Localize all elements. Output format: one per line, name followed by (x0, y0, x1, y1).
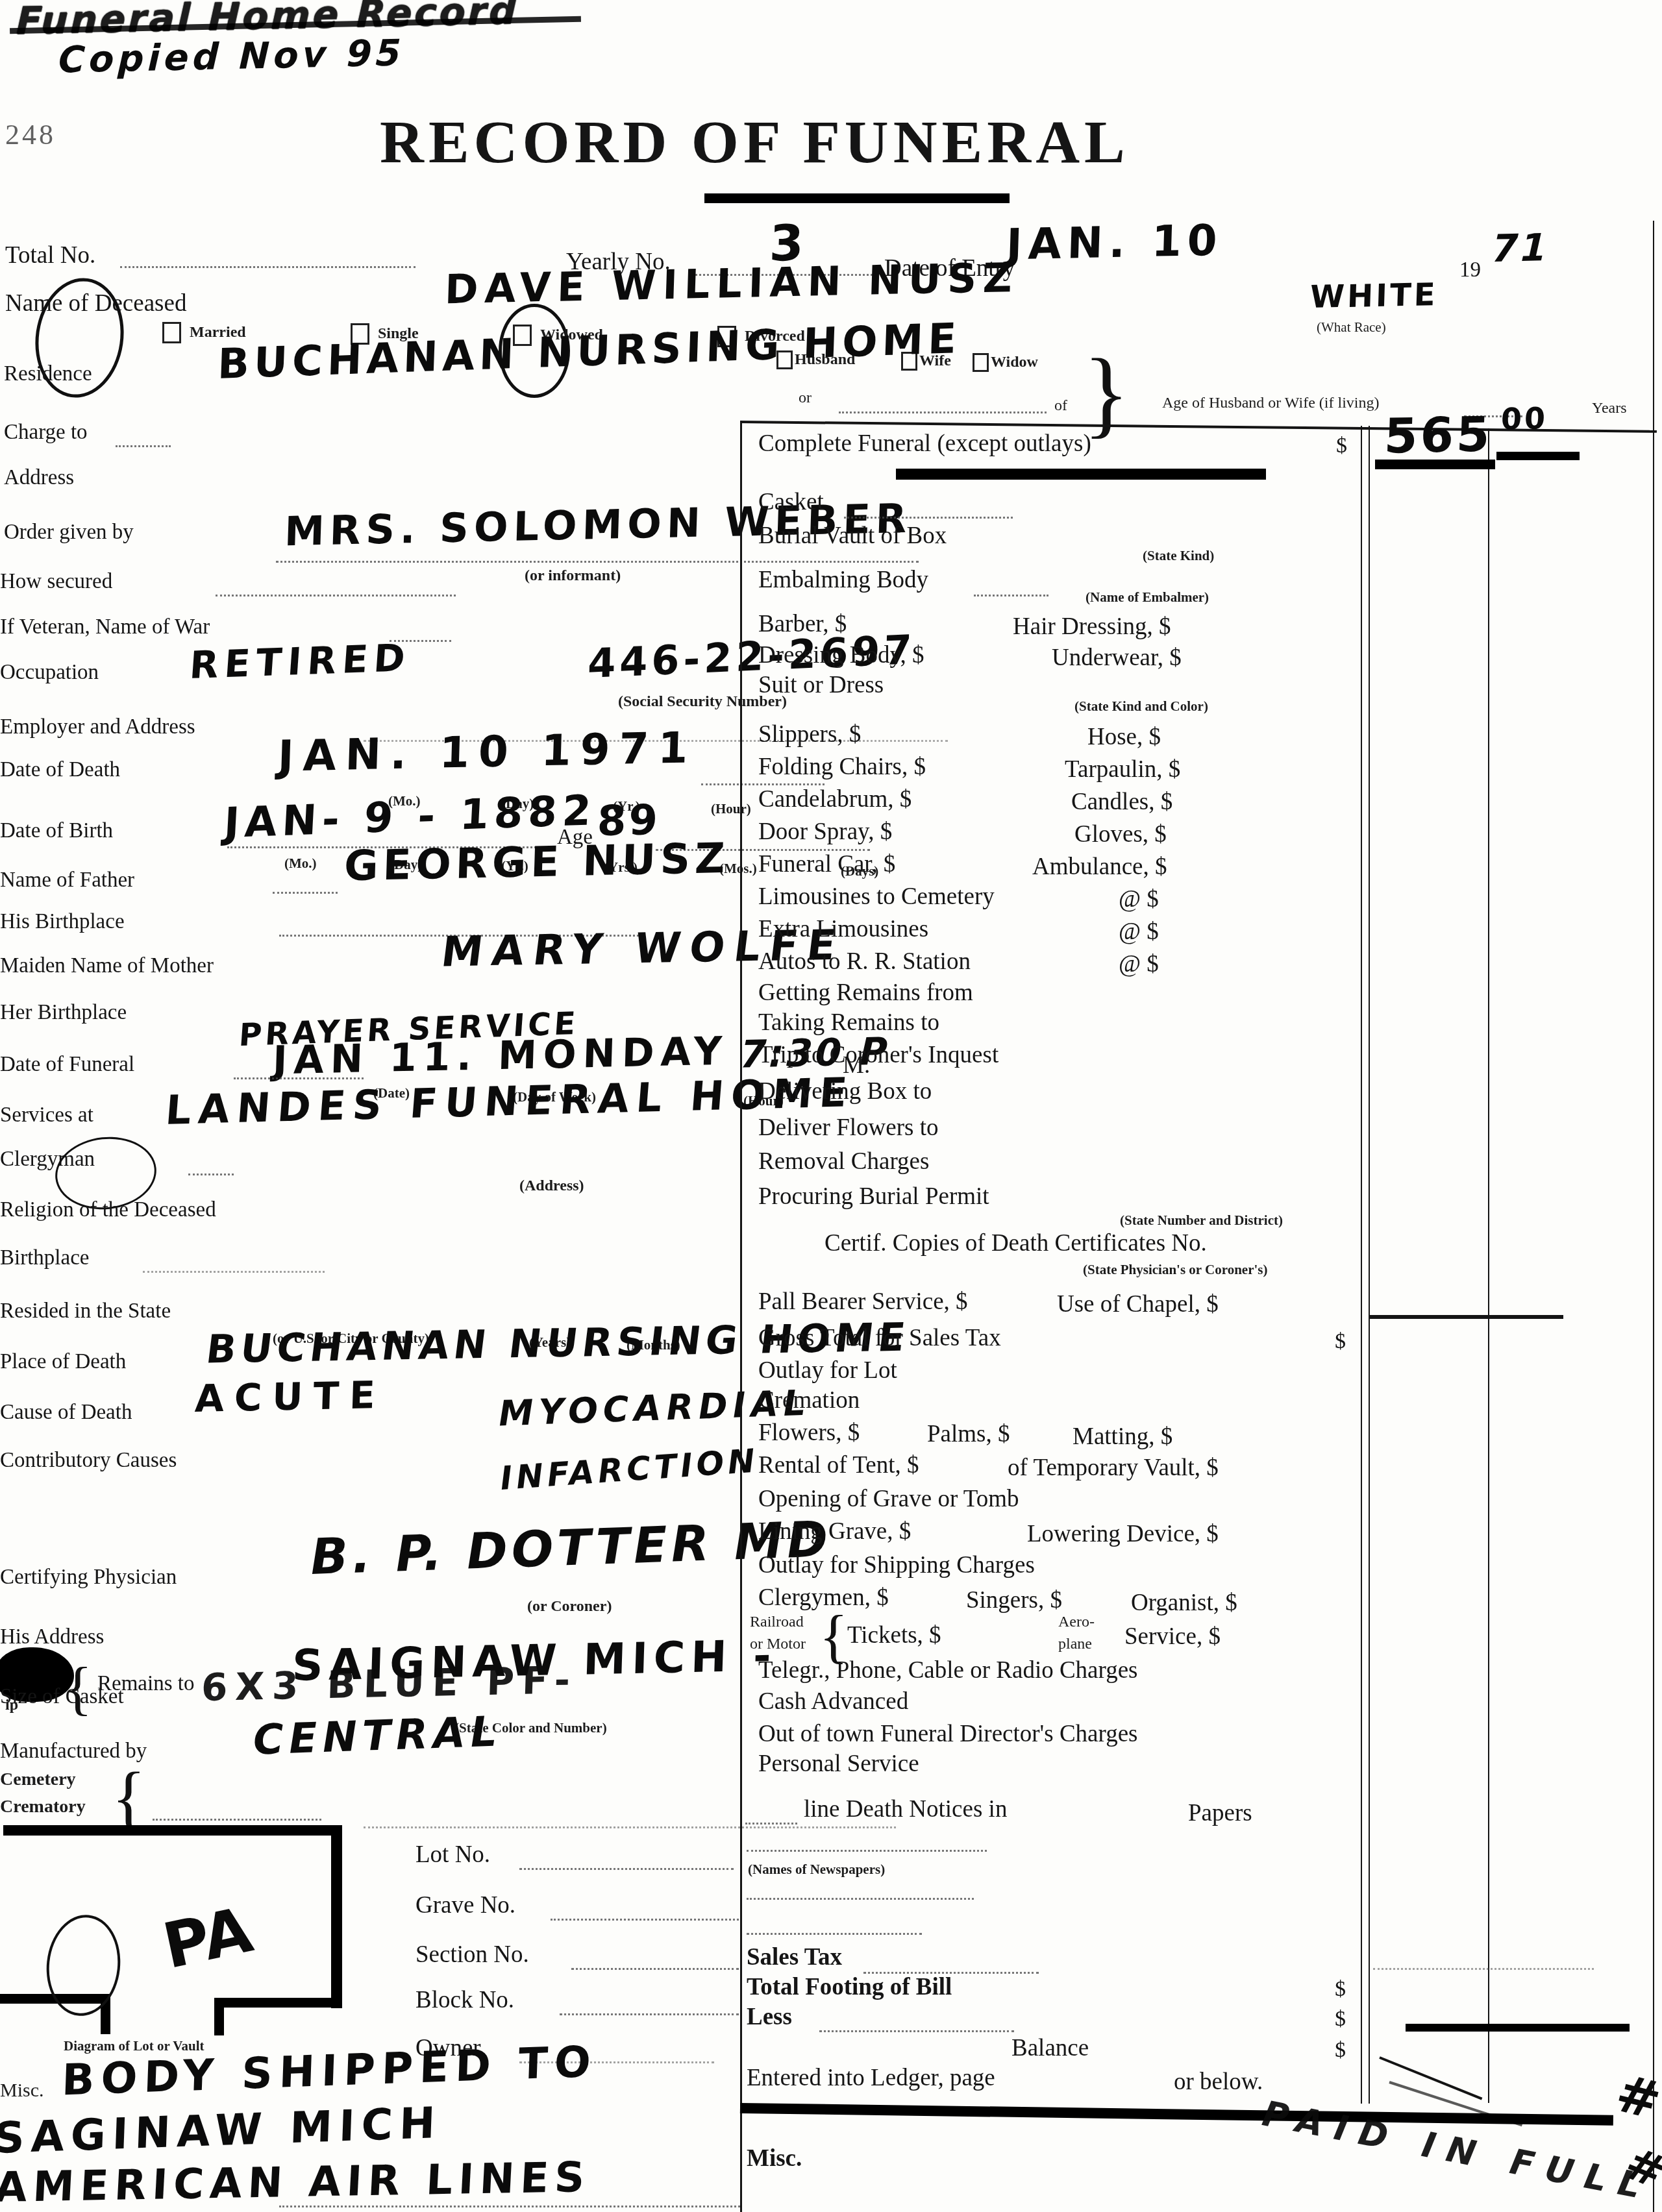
total-footing-label: Total Footing of Bill (747, 1973, 952, 2001)
page-number: 248 (5, 118, 56, 151)
dotted-line (551, 1917, 739, 1921)
pall-bearer-label: Pall Bearer Service, $ (758, 1288, 968, 1316)
married-label: Married (190, 324, 246, 341)
state-physicians-sublabel: (State Physician's or Coroner's) (1083, 1262, 1267, 1278)
informant-sublabel: (or informant) (525, 567, 621, 585)
aeroplane-label-2: plane (1058, 1636, 1092, 1653)
dollar-sign: $ (1335, 1329, 1346, 1354)
funeral-car-label: Funeral Car, $ (758, 850, 895, 878)
state-kind-sublabel: (State Kind) (1143, 548, 1214, 564)
dollar-sign: $ (1335, 2007, 1346, 2032)
burial-vault-label: Burial Vault of Box (758, 522, 947, 550)
coroners-inquest-label: Trip to Coroner's Inquest (758, 1041, 998, 1069)
money-rule-line (1369, 1315, 1563, 1319)
barber-label: Barber, $ (758, 610, 847, 638)
amount-cents-underline (1496, 452, 1580, 460)
date-of-birth-label: Date of Birth (0, 819, 113, 843)
plot-diagram-top (3, 1825, 341, 1836)
dotted-line (745, 1821, 797, 1825)
death-sub-hour: (Hour) (711, 801, 751, 817)
dotted-line (153, 1817, 321, 1821)
underwear-label: Underwear, $ (1052, 644, 1182, 672)
at-amount: @ $ (1119, 918, 1159, 946)
state-kind-color-sublabel: (State Kind and Color) (1074, 698, 1208, 715)
misc-line-2: SAGINAW MICH (0, 2098, 443, 2163)
slippers-label: Slippers, $ (758, 720, 861, 748)
widow-checkbox (973, 353, 989, 372)
ambulance-label: Ambulance, $ (1032, 853, 1167, 881)
limousines-label: Limousines to Cemetery (758, 883, 995, 911)
outlay-shipping-label: Outlay for Shipping Charges (758, 1551, 1035, 1579)
year-value: 71 (1491, 225, 1550, 271)
casket-size-label: Size of Casket (0, 1685, 124, 1709)
plot-diagram-bottom-mid (214, 1998, 338, 2008)
papers-label: Papers (1188, 1799, 1252, 1827)
dotted-line (120, 265, 415, 268)
suit-or-dress-label: Suit or Dress (758, 671, 884, 699)
resided-label: Resided in the State (0, 1299, 171, 1323)
dotted-line (273, 891, 338, 894)
flowers-label: Flowers, $ (758, 1419, 860, 1447)
autos-label: Autos to R. R. Station (758, 948, 971, 976)
manufactured-by-value: CENTRAL (253, 1708, 503, 1764)
coroner-sublabel: (or Coroner) (527, 1598, 612, 1616)
burial-permit-label: Procuring Burial Permit (758, 1183, 989, 1210)
lowering-device-label: Lowering Device, $ (1027, 1520, 1219, 1548)
hair-dressing-label: Hair Dressing, $ (1013, 613, 1171, 641)
name-of-embalmer-sublabel: (Name of Embalmer) (1085, 589, 1209, 606)
lot-no-label: Lot No. (415, 1841, 490, 1869)
his-address-label: His Address (0, 1625, 104, 1649)
taking-remains-label: Taking Remains to (758, 1009, 939, 1037)
railroad-label-2: or Motor (750, 1636, 806, 1653)
dollar-sign: $ (1336, 434, 1347, 458)
father-value: GEORGE NUSZ (343, 835, 730, 891)
casket-size-value: 6X3 BLUE PF- (201, 1658, 578, 1710)
birth-sub-mo: (Mo.) (284, 855, 317, 872)
misc-left-label: Misc. (0, 2080, 44, 2102)
use-of-chapel-label: Use of Chapel, $ (1057, 1290, 1219, 1318)
organist-label: Organist, $ (1131, 1589, 1237, 1617)
cause-of-death-label: Cause of Death (0, 1401, 132, 1425)
physician-label: Certifying Physician (0, 1566, 177, 1590)
dotted-line (143, 1270, 325, 1273)
race-value: WHITE (1309, 276, 1438, 315)
misc-right-label: Misc. (747, 2144, 802, 2172)
or-label: or (799, 389, 812, 407)
lining-grave-label: Lining Grave, $ (758, 1518, 911, 1545)
deliver-flowers-label: Deliver Flowers to (758, 1114, 938, 1142)
date-of-entry-value: JAN. 10 (1006, 215, 1224, 269)
plot-diagram-right (331, 1825, 342, 2008)
copied-note: Copied Nov 95 (58, 32, 406, 81)
candelabrum-label: Candelabrum, $ (758, 785, 912, 813)
certif-copies-label: Certif. Copies of Death Certificates No. (825, 1229, 1207, 1257)
entered-ledger-label: Entered into Ledger, page (747, 2064, 995, 2092)
totals-rule-heavy (1406, 2024, 1630, 2032)
section-no-label: Section No. (415, 1941, 529, 1969)
dotted-line (519, 1867, 734, 1870)
state-number-district-sublabel: (State Number and District) (1120, 1212, 1283, 1229)
plot-diagram-stub-b (214, 1998, 224, 2035)
dotted-line (747, 1897, 974, 1900)
charges-box-left-border (740, 421, 742, 2212)
funeral-record-page: Funeral Home Record Copied Nov 95 248 RE… (0, 0, 1662, 2212)
amount-dollars: 565 (1383, 406, 1493, 465)
age-of-spouse-label: Age of Husband or Wife (if living) (1162, 395, 1380, 412)
order-given-by-label: Order given by (4, 521, 134, 545)
money-column-line-1b (1369, 426, 1370, 2104)
charge-to-label: Charge to (4, 421, 88, 445)
dotted-line (571, 1967, 739, 1970)
temporary-vault-label: of Temporary Vault, $ (1008, 1454, 1219, 1482)
years-label: Years (1592, 400, 1627, 417)
palms-label: Palms, $ (927, 1420, 1010, 1448)
gloves-label: Gloves, $ (1074, 820, 1167, 848)
complete-funeral-label: Complete Funeral (except outlays) (758, 430, 1091, 458)
names-of-newspapers-sublabel: (Names of Newspapers) (748, 1862, 885, 1878)
removal-charges-label: Removal Charges (758, 1148, 929, 1175)
door-spray-label: Door Spray, $ (758, 818, 892, 846)
extra-limousines-label: Extra Limousines (758, 915, 928, 943)
birthplace-label: Birthplace (0, 1246, 89, 1270)
religion-label: Religion of the Deceased (0, 1198, 216, 1222)
physician-value: B. P. DOTTER MD (310, 1510, 833, 1586)
his-birthplace-label: His Birthplace (0, 910, 125, 934)
delivering-box-label: Delivering Box to (758, 1077, 932, 1105)
contributory-label: Contributory Causes (0, 1449, 177, 1473)
address-label: Address (4, 466, 74, 490)
cremation-label: Cremation (758, 1386, 860, 1414)
gross-total-label: Gross Total for Sales Tax (758, 1324, 1001, 1352)
dotted-line (844, 515, 1013, 519)
dollar-sign: $ (1335, 2038, 1346, 2063)
casket-label: Casket (758, 488, 824, 516)
less-label: Less (747, 2003, 792, 2031)
dollar-sign: $ (1335, 1977, 1346, 2002)
dotted-line (839, 410, 1047, 413)
amount-cents: 00 (1500, 400, 1548, 437)
page-right-edge-line (1653, 221, 1654, 2212)
dotted-line (116, 444, 171, 447)
dotted-line (279, 2204, 740, 2207)
mother-label: Maiden Name of Mother (0, 954, 214, 978)
dotted-line (560, 2012, 739, 2015)
death-notices-label: line Death Notices in (804, 1795, 1007, 1823)
of-label: of (1054, 397, 1067, 415)
dotted-line (819, 2029, 1014, 2032)
place-of-death-label: Place of Death (0, 1350, 126, 1374)
out-of-town-label: Out of town Funeral Director's Charges (758, 1720, 1138, 1748)
crematory-label: Crematory (0, 1797, 86, 1817)
how-secured-label: How secured (0, 570, 112, 594)
at-amount: @ $ (1119, 885, 1159, 913)
cash-advanced-label: Cash Advanced (758, 1688, 908, 1715)
services-at-label: Services at (0, 1103, 93, 1127)
sales-tax-label: Sales Tax (747, 1943, 842, 1971)
charges-box-bottom-rule (740, 2103, 1613, 2126)
opening-grave-label: Opening of Grave or Tomb (758, 1485, 1019, 1513)
folding-chairs-label: Folding Chairs, $ (758, 753, 926, 781)
if-veteran-label: If Veteran, Name of War (0, 615, 210, 639)
dotted-line (276, 559, 919, 563)
dotted-line (1373, 1967, 1594, 1970)
page-title: RECORD OF FUNERAL (380, 107, 1130, 177)
rental-tent-label: Rental of Tent, $ (758, 1451, 919, 1479)
dotted-line (747, 1932, 922, 1935)
aeroplane-label-1: Aero- (1058, 1614, 1095, 1631)
date-of-death-value: JAN. 10 1971 (277, 722, 698, 781)
dotted-line (364, 1825, 896, 1828)
candles-label: Candles, $ (1071, 788, 1172, 816)
widow-label: Widow (991, 354, 1038, 371)
employer-label: Employer and Address (0, 715, 195, 739)
money-column-line-1a (1361, 426, 1362, 2104)
dotted-line (234, 1076, 364, 1079)
embalming-label: Embalming Body (758, 566, 928, 594)
dressing-body-label: Dressing Body, $ (758, 641, 924, 669)
residence-label: Residence (4, 362, 92, 386)
occupation-label: Occupation (0, 661, 99, 685)
block-no-label: Block No. (415, 1986, 514, 2014)
outlay-lot-label: Outlay for Lot (758, 1357, 897, 1384)
matting-label: Matting, $ (1073, 1423, 1172, 1451)
total-no-label: Total No. (5, 241, 95, 269)
dotted-line (974, 593, 1048, 596)
occupation-value: RETIRED (188, 635, 412, 687)
her-birthplace-label: Her Birthplace (0, 1001, 127, 1025)
service-label: Service, $ (1124, 1623, 1221, 1651)
year-prefix: 19 (1459, 258, 1481, 282)
telegraph-label: Telegr., Phone, Cable or Radio Charges (758, 1656, 1138, 1684)
date-of-funeral-label: Date of Funeral (0, 1053, 134, 1077)
tickets-label: Tickets, $ (847, 1621, 941, 1649)
singers-label: Singers, $ (966, 1586, 1062, 1614)
cause-of-death-value-1: ACUTE (194, 1373, 386, 1421)
dotted-line (188, 1172, 234, 1175)
personal-service-label: Personal Service (758, 1750, 919, 1778)
getting-remains-label: Getting Remains from (758, 979, 973, 1007)
married-checkbox (162, 322, 181, 343)
misc-line-3: AMERICAN AIR LINES (0, 2154, 591, 2212)
money-column-line-2 (1488, 428, 1489, 2103)
ledger-slash-mark-1 (1379, 2056, 1482, 2100)
plot-scribble-text: PA (157, 1893, 258, 1983)
grave-no-label: Grave No. (415, 1891, 515, 1919)
railroad-label-1: Railroad (750, 1614, 804, 1631)
title-underline (704, 193, 1010, 203)
date-of-death-label: Date of Death (0, 758, 120, 782)
tarpaulin-label: Tarpaulin, $ (1065, 756, 1180, 783)
paid-note: PAID IN FULL (1259, 2093, 1656, 2208)
address-sublabel: (Address) (519, 1177, 584, 1195)
race-sublabel: (What Race) (1317, 319, 1386, 336)
father-label: Name of Father (0, 868, 134, 892)
at-amount: @ $ (1119, 950, 1159, 978)
contributory-value: INFARCTION (499, 1442, 760, 1497)
balance-label: Balance (1011, 2034, 1089, 2062)
hose-label: Hose, $ (1087, 723, 1161, 751)
edge-scribble-1: # (1610, 2063, 1662, 2132)
or-below-label: or below. (1174, 2068, 1263, 2096)
amount-dollars-underline (1375, 460, 1495, 469)
cemetery-label: Cemetery (0, 1769, 76, 1790)
dotted-line (216, 593, 456, 596)
complete-funeral-underline (896, 469, 1266, 480)
dotted-line (747, 1849, 987, 1852)
